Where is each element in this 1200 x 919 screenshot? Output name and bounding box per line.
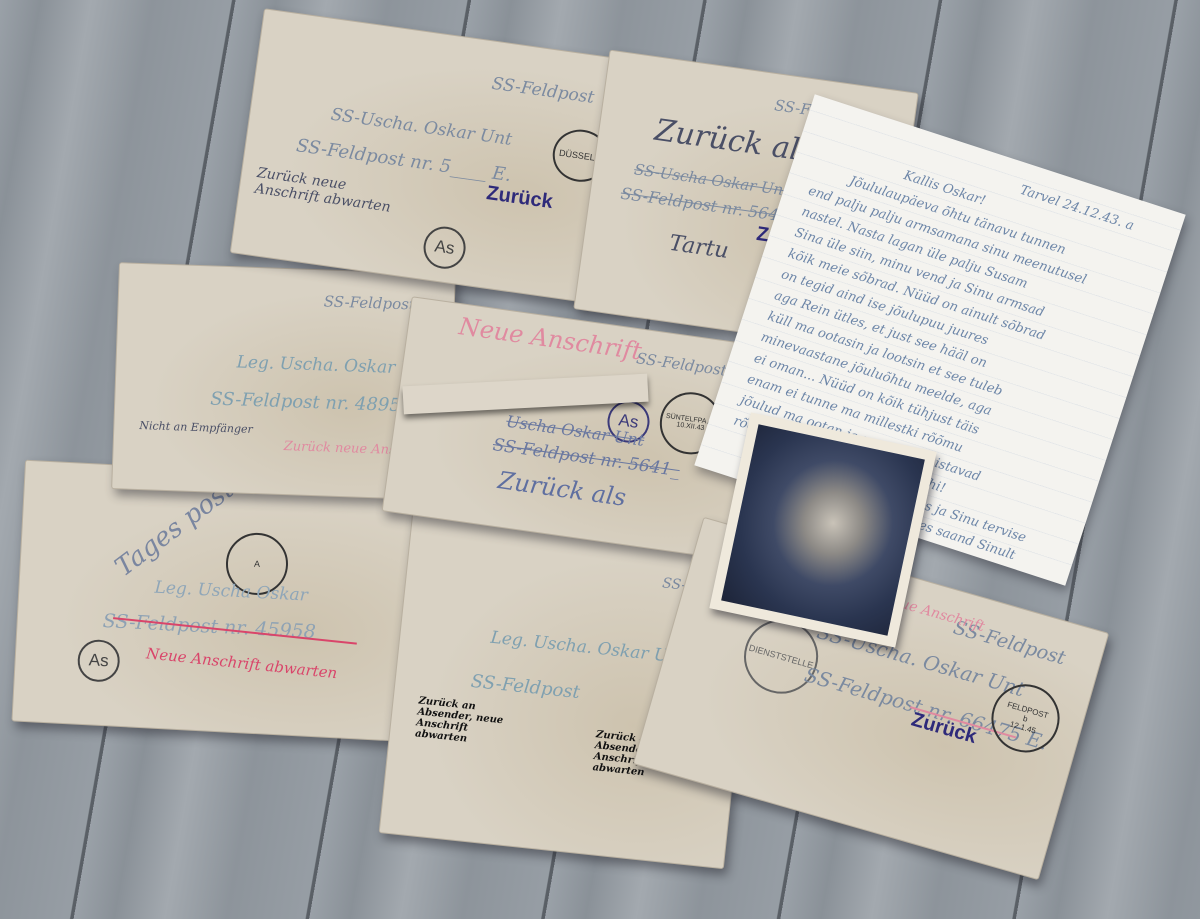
address: SS-Feldpost xyxy=(470,671,581,703)
portrait-photo xyxy=(709,412,936,647)
red-note: Neue Anschrift abwarten xyxy=(145,644,338,682)
header: SS-Feldpost xyxy=(324,292,416,313)
portrait-image xyxy=(721,424,925,635)
header: SS-Feldpost xyxy=(490,74,595,108)
note: Zurück neue Anschrift abwarten xyxy=(254,165,407,218)
scrawl: Zurück als xyxy=(496,466,628,512)
black-stamp-1: Zurück an Absender, neue Anschrift abwar… xyxy=(415,695,519,749)
envelope-bottom-left: Tages poste A Leg. Uscha Oskar SS-Feldpo… xyxy=(11,460,426,743)
zurueck-stamp: Zurück xyxy=(485,182,554,214)
address-struck: SS-Feldpost nr. 4895__ xyxy=(210,388,419,416)
extra: Tartu xyxy=(668,231,731,264)
as-mark: As xyxy=(421,224,468,271)
recipient: Leg. Uscha. Oskar Unt xyxy=(490,628,687,668)
header: SS-Feldpost xyxy=(635,349,728,380)
red-note: Nicht an Empfänger xyxy=(139,419,253,436)
as-mark: As xyxy=(77,639,121,683)
recipient: Leg. Uscha Oskar xyxy=(154,578,308,606)
